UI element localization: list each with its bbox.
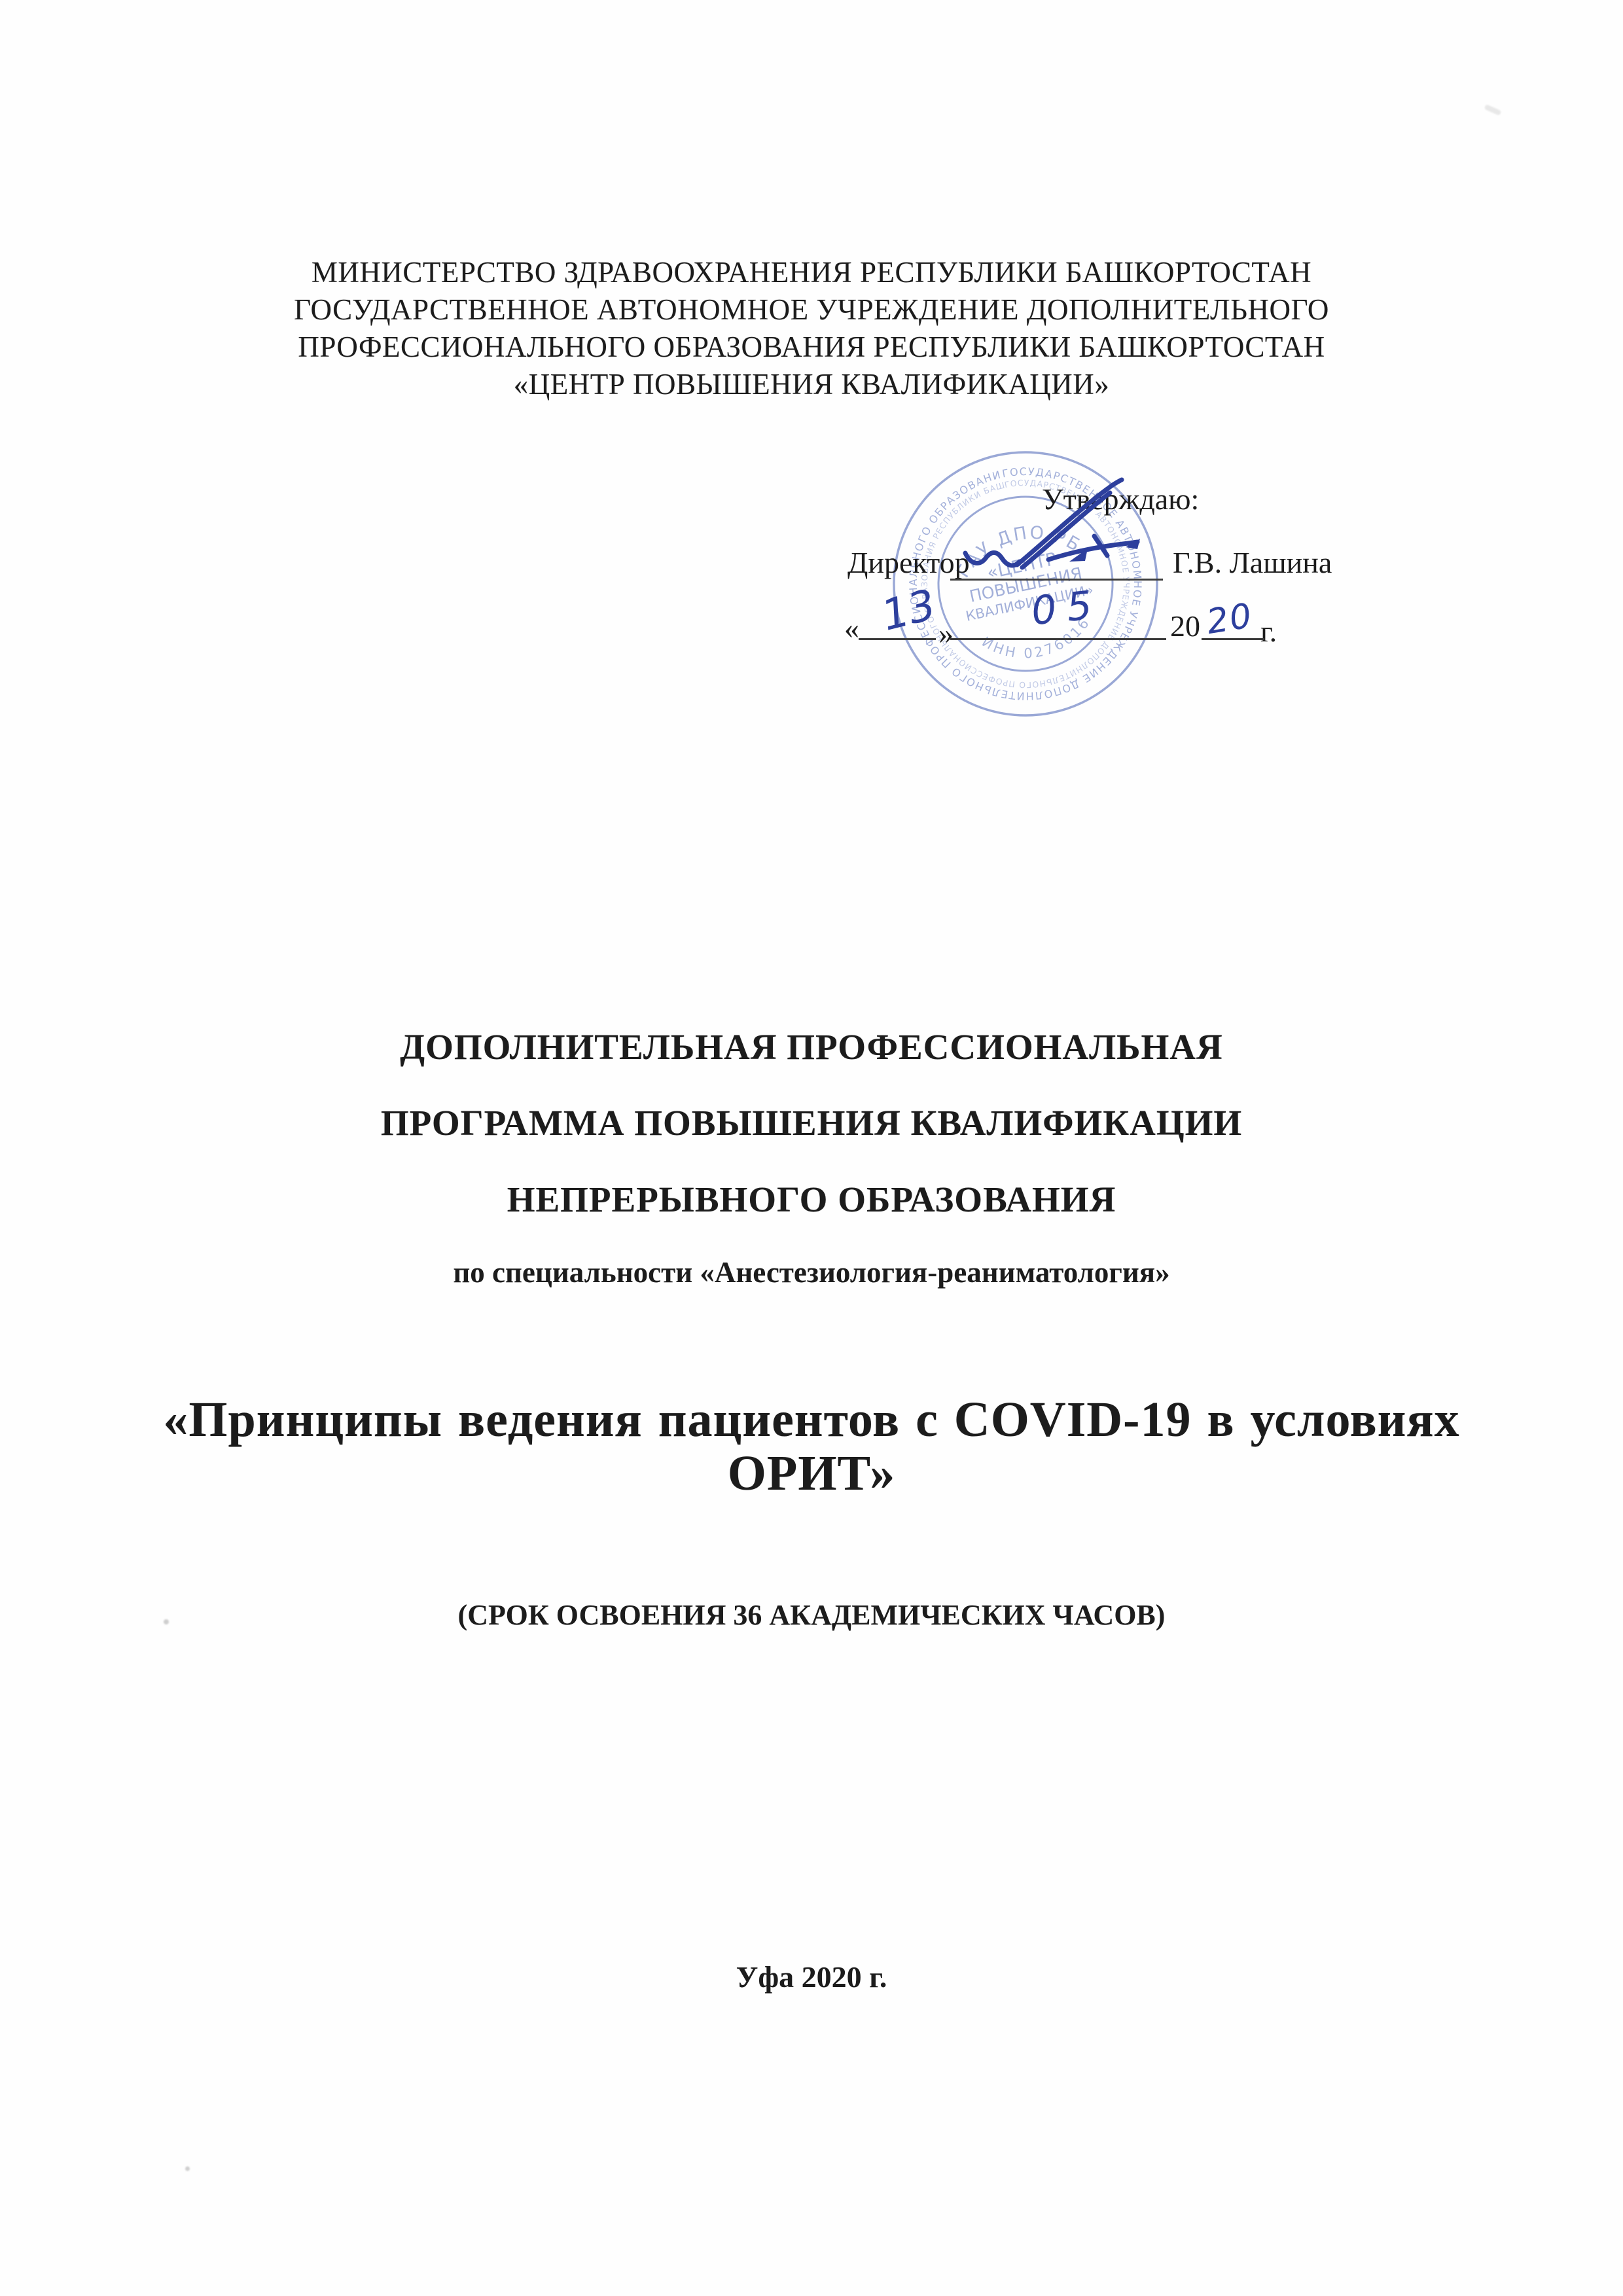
program-title-line-2: ПРОГРАММА ПОВЫШЕНИЯ КВАЛИФИКАЦИИ <box>0 1102 1623 1143</box>
date-month-line <box>950 638 1166 640</box>
date-year-prefix: 20 <box>1170 609 1200 643</box>
scan-artifact <box>185 2166 190 2171</box>
date-open-quote: « <box>844 611 859 645</box>
org-header-line-2: ГОСУДАРСТВЕННОЕ АВТОНОМНОЕ УЧРЕЖДЕНИЕ ДО… <box>0 291 1623 329</box>
org-header: МИНИСТЕРСТВО ЗДРАВООХРАНЕНИЯ РЕСПУБЛИКИ … <box>0 254 1623 403</box>
program-title-line-3: НЕПРЕРЫВНОГО ОБРАЗОВАНИЯ <box>0 1179 1623 1220</box>
specialty-line: по специальности «Анестезиология-реанима… <box>0 1255 1623 1289</box>
director-signature <box>929 455 1243 605</box>
scan-artifact <box>164 1619 169 1624</box>
course-title-line-2: ОРИТ» <box>0 1446 1623 1500</box>
org-header-line-4: «ЦЕНТР ПОВЫШЕНИЯ КВАЛИФИКАЦИИ» <box>0 366 1623 403</box>
program-title-line-1: ДОПОЛНИТЕЛЬНАЯ ПРОФЕССИОНАЛЬНАЯ <box>0 1026 1623 1067</box>
org-header-line-1: МИНИСТЕРСТВО ЗДРАВООХРАНЕНИЯ РЕСПУБЛИКИ … <box>0 254 1623 291</box>
date-close-quote: » <box>938 616 954 651</box>
footer-city-year: Уфа 2020 г. <box>0 1960 1623 1994</box>
org-header-line-3: ПРОФЕССИОНАЛЬНОГО ОБРАЗОВАНИЯ РЕСПУБЛИКИ… <box>0 329 1623 366</box>
duration-line: (СРОК ОСВОЕНИЯ 36 АКАДЕМИЧЕСКИХ ЧАСОВ) <box>0 1598 1623 1632</box>
course-title: «Принципы ведения пациентов с COVID-19 в… <box>0 1393 1623 1500</box>
date-year-suffix: г. <box>1260 614 1277 649</box>
course-title-line-1: «Принципы ведения пациентов с COVID-19 в… <box>0 1393 1623 1446</box>
document-page: МИНИСТЕРСТВО ЗДРАВООХРАНЕНИЯ РЕСПУБЛИКИ … <box>0 0 1623 2296</box>
scan-artifact <box>1484 104 1501 116</box>
